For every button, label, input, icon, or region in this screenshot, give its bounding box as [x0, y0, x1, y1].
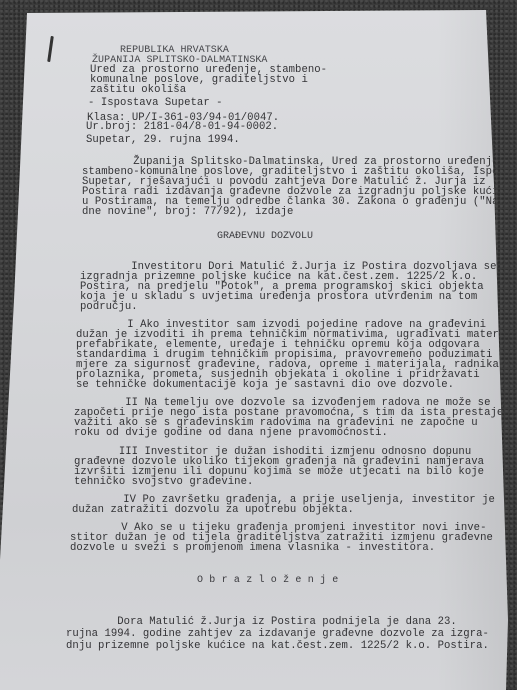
pen-mark — [47, 36, 54, 62]
header-ur-broj: Ur.broj: 2181-04/8-01-94-0002. — [86, 122, 278, 133]
document-page: REPUBLIKA HRVATSKA ŽUPANIJA SPLITSKO-DAL… — [0, 0, 517, 690]
reasoning-line: dnju prizemne poljske kućice na kat.čest… — [66, 641, 489, 652]
clause-line: dozvole u svezi s promjenom imena vlasni… — [70, 543, 435, 554]
reasoning-title: Obrazloženje — [197, 575, 345, 586]
header-office-line-3: zaštitu okoliša — [90, 85, 186, 96]
reasoning-line: Dora Matulić ž.Jurja iz Postira podnijel… — [66, 617, 457, 628]
clause-line: dužan zatražiti dozvolu za upotrebu obje… — [72, 505, 354, 516]
clause-line: roku od dvije godine od dana njene pravo… — [74, 428, 388, 439]
clause-line: se tehničke dokumentacije koja je sastav… — [76, 380, 454, 391]
permit-line: koja je u skladu s uvjetima uređenja pro… — [80, 292, 477, 303]
header-branch: - Ispostava Supetar - — [88, 98, 223, 109]
permit-line: području. — [80, 302, 138, 313]
intro-line: dne novine", broj: 77/92), izdaje — [82, 207, 293, 218]
reasoning-line: rujna 1994. godine zahtjev za izdavanje … — [66, 629, 489, 640]
header-place-date: Supetar, 29. rujna 1994. — [86, 135, 240, 146]
clause-line: tehničko svojstvo građevine. — [74, 477, 253, 488]
document-title: GRAĐEVNU DOZVOLU — [217, 231, 313, 242]
